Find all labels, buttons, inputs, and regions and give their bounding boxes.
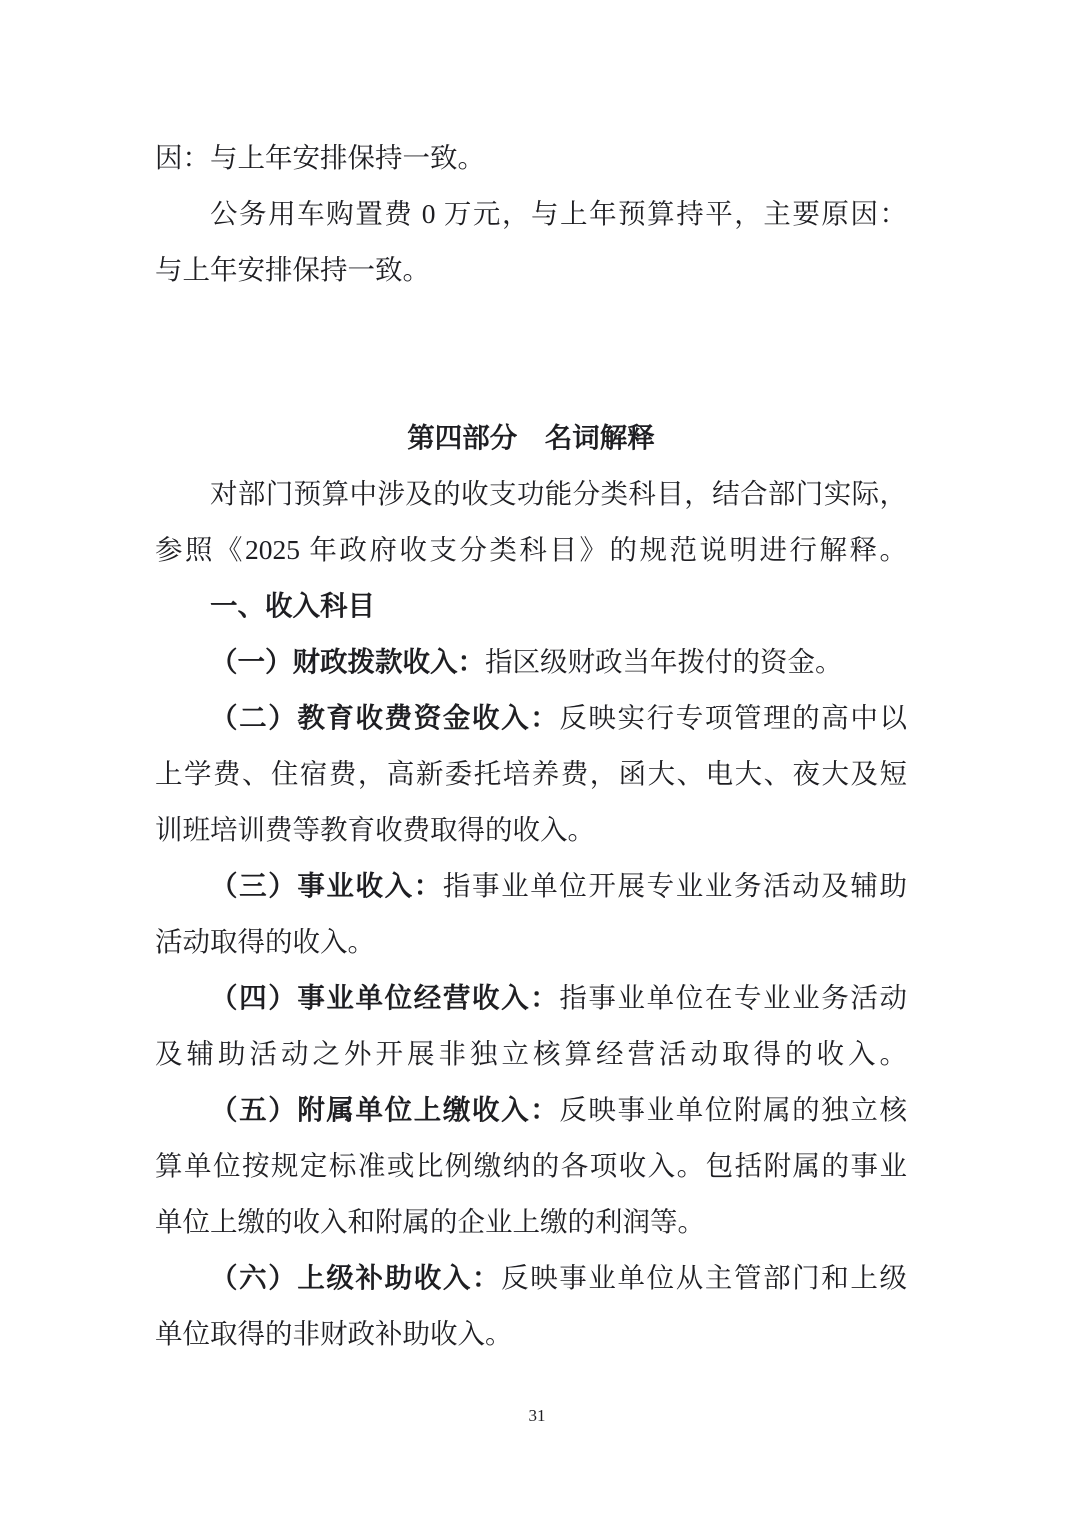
term-label: （一）财政拨款收入： — [210, 646, 485, 677]
glossary-item-line: 上学费、住宿费，高新委托培养费，函大、电大、夜大及短 — [155, 746, 907, 802]
glossary-item-line: 训班培训费等教育收费取得的收入。 — [155, 802, 907, 858]
term-desc: 指事业单位在专业业务活动 — [559, 982, 907, 1013]
glossary-item-line: （一）财政拨款收入：指区级财政当年拨付的资金。 — [155, 634, 907, 690]
glossary-item-line: （六）上级补助收入：反映事业单位从主管部门和上级 — [155, 1250, 907, 1306]
glossary-item-line: 单位上缴的收入和附属的企业上缴的利润等。 — [155, 1194, 907, 1250]
term-desc: 反映事业单位附属的独立核 — [559, 1094, 907, 1125]
glossary-item-line: 算单位按规定标准或比例缴纳的各项收入。包括附属的事业 — [155, 1138, 907, 1194]
document-page: 因：与上年安排保持一致。 公务用车购置费 0 万元，与上年预算持平，主要原因： … — [0, 0, 1074, 1520]
term-desc: 指事业单位开展专业业务活动及辅助 — [443, 870, 907, 901]
intro-line: 对部门预算中涉及的收支功能分类科目，结合部门实际， — [155, 466, 907, 522]
term-desc: 指区级财政当年拨付的资金。 — [485, 646, 843, 677]
vehicle-fee-line: 与上年安排保持一致。 — [155, 242, 907, 298]
page-number: 31 — [0, 1404, 1074, 1428]
term-desc: 反映事业单位从主管部门和上级 — [501, 1262, 907, 1293]
glossary-item-line: 单位取得的非财政补助收入。 — [155, 1306, 907, 1362]
glossary-item-line: （三）事业收入：指事业单位开展专业业务活动及辅助 — [155, 858, 907, 914]
section-title: 第四部分 名词解释 — [155, 410, 907, 466]
term-label: （三）事业收入： — [210, 870, 443, 901]
term-desc: 反映实行专项管理的高中以 — [559, 702, 907, 733]
page-content: 因：与上年安排保持一致。 公务用车购置费 0 万元，与上年预算持平，主要原因： … — [155, 130, 907, 1362]
income-heading: 一、收入科目 — [155, 578, 907, 634]
blank-lines — [155, 298, 907, 410]
glossary-item-line: （五）附属单位上缴收入：反映事业单位附属的独立核 — [155, 1082, 907, 1138]
term-label: （二）教育收费资金收入： — [210, 702, 559, 733]
term-label: （五）附属单位上缴收入： — [210, 1094, 559, 1125]
glossary-item-line: 活动取得的收入。 — [155, 914, 907, 970]
glossary-item-line: （四）事业单位经营收入：指事业单位在专业业务活动 — [155, 970, 907, 1026]
term-label: （六）上级补助收入： — [210, 1262, 501, 1293]
glossary-item-line: 及辅助活动之外开展非独立核算经营活动取得的收入。 — [155, 1026, 907, 1082]
glossary-item-line: （二）教育收费资金收入：反映实行专项管理的高中以 — [155, 690, 907, 746]
intro-line: 参照《2025 年政府收支分类科目》的规范说明进行解释。 — [155, 522, 907, 578]
vehicle-fee-line: 公务用车购置费 0 万元，与上年预算持平，主要原因： — [155, 186, 907, 242]
term-label: （四）事业单位经营收入： — [210, 982, 559, 1013]
closing-paragraph-line: 因：与上年安排保持一致。 — [155, 130, 907, 186]
